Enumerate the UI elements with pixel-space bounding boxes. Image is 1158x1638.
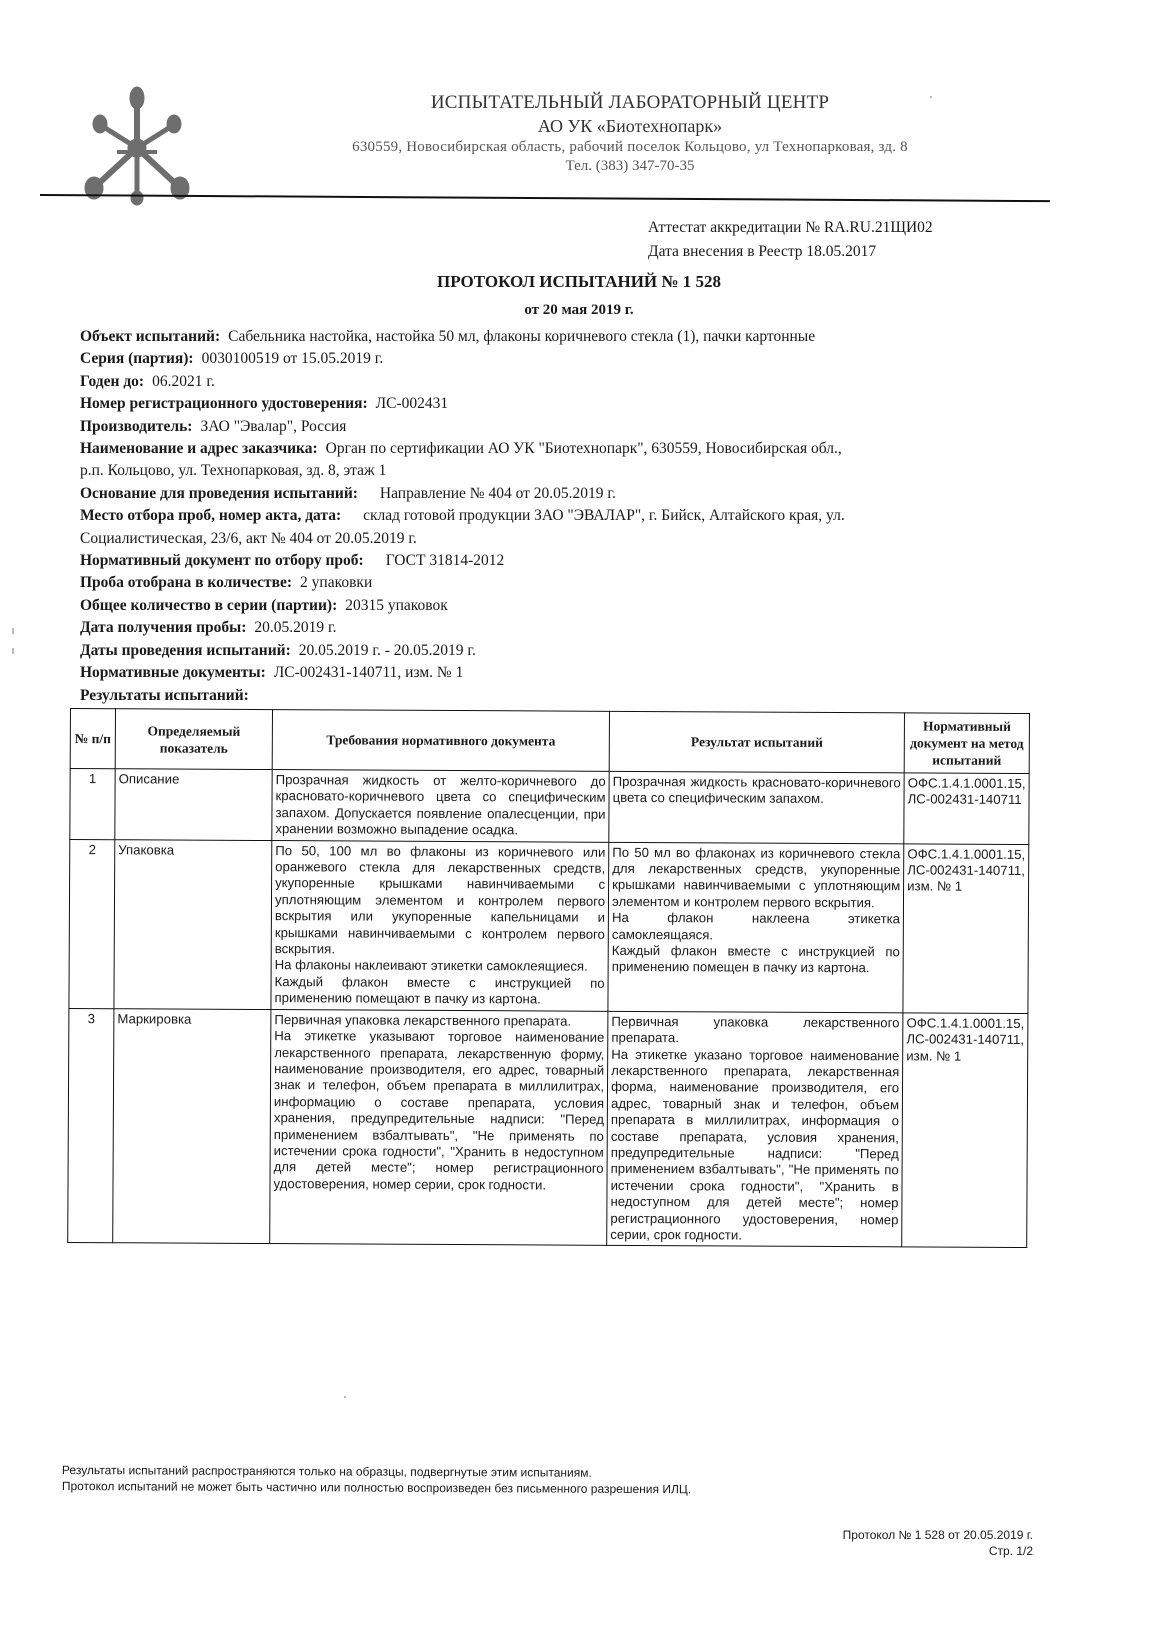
field-label: Результаты испытаний: (80, 687, 249, 704)
field-label: Номер регистрационного удостоверения: (80, 395, 368, 412)
registry-date: Дата внесения в Реестр 18.05.2017 (648, 240, 933, 264)
row-indicator: Маркировка (113, 1008, 271, 1244)
accreditation-certificate: Аттестат аккредитации № RA.RU.21ЩИ02 (648, 216, 933, 240)
field-label: Даты проведения испытаний: (80, 642, 291, 659)
field-value: 20.05.2019 г. (254, 619, 336, 636)
row-requirement: Прозрачная жидкость от желто-коричневого… (272, 770, 609, 842)
result-text: Каждый флакон вместе с инструкцией по пр… (612, 943, 900, 977)
field-label: Проба отобрана в количестве: (80, 574, 292, 591)
field-value: ЛС-002431-140711, изм. № 1 (274, 664, 464, 681)
field-customer-continuation: р.п. Кольцово, ул. Технопарковая, зд. 8,… (80, 460, 1000, 482)
scan-artifact (344, 1396, 346, 1398)
field-label: Производитель: (80, 418, 192, 435)
field-value: Сабельника настойка, настойка 50 мл, фла… (228, 328, 815, 345)
accreditation-block: Аттестат аккредитации № RA.RU.21ЩИ02 Дат… (648, 216, 933, 264)
header-indicator: Определяемый показатель (115, 709, 272, 770)
header-result: Результат испытаний (609, 711, 904, 773)
row-result: Первичная упаковка лекарственного препар… (607, 1011, 903, 1247)
field-label: Основание для проведения испытаний: (80, 485, 358, 502)
field-sampling-place: Место отбора проб, номер акта, дата:скла… (80, 505, 1000, 527)
field-customer: Наименование и адрес заказчика:Орган по … (80, 438, 1000, 460)
header-num: № п/п (70, 709, 115, 769)
results-table: № п/п Определяемый показатель Требования… (67, 708, 1030, 1248)
requirement-text: По 50, 100 мл во флаконы из коричневого … (275, 843, 606, 960)
footer-notes: Результаты испытаний распространяются то… (62, 1462, 691, 1497)
row-indicator: Упаковка (114, 839, 272, 1009)
table-row: 3 Маркировка Первичная упаковка лекарств… (68, 1008, 1028, 1248)
requirement-text: На этикетке указывают торговое наименова… (273, 1028, 604, 1194)
result-text: Первичная упаковка лекарственного препар… (611, 1014, 899, 1048)
protocol-date: от 20 мая 2019 г. (0, 302, 1158, 319)
field-label: Общее количество в серии (партии): (80, 597, 337, 614)
field-value: 20315 упаковок (345, 597, 448, 614)
header-method: Нормативный документ на метод испытаний (904, 713, 1029, 774)
requirement-text: На флаконы наклеивают этикетки самоклеящ… (275, 958, 605, 976)
field-label: Наименование и адрес заказчика: (80, 440, 318, 457)
organization-header: ИСПЫТАТЕЛЬНЫЙ ЛАБОРАТОРНЫЙ ЦЕНТР АО УК «… (260, 92, 1000, 175)
field-label: Годен до: (80, 373, 144, 390)
molecule-star-logo-icon (82, 86, 192, 206)
row-requirement: Первичная упаковка лекарственного препар… (270, 1009, 608, 1245)
protocol-fields: Объект испытаний:Сабельника настойка, на… (80, 326, 1000, 707)
field-value: 20.05.2019 г. - 20.05.2019 г. (299, 642, 476, 659)
org-name: ИСПЫТАТЕЛЬНЫЙ ЛАБОРАТОРНЫЙ ЦЕНТР (260, 92, 1000, 114)
field-value: 06.2021 г. (152, 373, 215, 390)
result-text: На этикетке указано торговое наименовани… (610, 1046, 899, 1244)
row-num: 1 (70, 769, 115, 840)
row-requirement: По 50, 100 мл во флаконы из коричневого … (271, 840, 609, 1011)
table-row: 1 Описание Прозрачная жидкость от желто-… (70, 769, 1029, 845)
field-manufacturer: Производитель:ЗАО "Эвалар", Россия (80, 416, 1000, 438)
field-test-object: Объект испытаний:Сабельника настойка, на… (80, 326, 1000, 348)
scan-artifact (930, 96, 932, 98)
field-label: Нормативный документ по отбору проб: (80, 552, 364, 569)
field-value: ГОСТ 31814-2012 (386, 552, 505, 569)
row-num: 3 (68, 1008, 114, 1243)
row-result: Прозрачная жидкость красновато-коричнево… (609, 771, 904, 843)
footer-protocol-reference: Протокол № 1 528 от 20.05.2019 г. Стр. 1… (843, 1527, 1033, 1559)
result-text: На флакон наклеена этикетка самоклеящаяс… (612, 910, 900, 944)
result-text: Прозрачная жидкость красновато-коричнево… (613, 774, 901, 808)
field-value: Орган по сертификации АО УК "Биотехнопар… (326, 440, 842, 457)
footer-note: Протокол испытаний не может быть частичн… (62, 1478, 691, 1497)
field-expiry: Годен до:06.2021 г. (80, 371, 1000, 393)
field-label: Дата получения пробы: (80, 619, 246, 636)
field-value: Направление № 404 от 20.05.2019 г. (380, 485, 616, 502)
protocol-title: ПРОТОКОЛ ИСПЫТАНИЙ № 1 528 (0, 272, 1158, 292)
requirement-text: Каждый флакон вместе с инструкцией по пр… (274, 974, 604, 1009)
field-value: 2 упаковки (300, 574, 372, 591)
result-text: По 50 мл во флаконах из коричневого стек… (612, 844, 900, 911)
row-method: ОФС.1.4.1.0001.15, ЛС-002431-140711, изм… (903, 843, 1029, 1013)
field-label: Место отбора проб, номер акта, дата: (80, 507, 341, 524)
field-sampling-standard: Нормативный документ по отбору проб:ГОСТ… (80, 550, 1000, 572)
header-requirement: Требования нормативного документа (272, 710, 609, 772)
field-value: ЛС-002431 (376, 395, 449, 412)
row-indicator: Описание (115, 769, 272, 840)
field-value: склад готовой продукции ЗАО "ЭВАЛАР", г.… (363, 507, 845, 524)
row-method: ОФС.1.4.1.0001.15, ЛС-002431-140711, изм… (902, 1013, 1028, 1248)
field-batch-total: Общее количество в серии (партии):20315 … (80, 595, 1000, 617)
field-registration-number: Номер регистрационного удостоверения:ЛС-… (80, 393, 1000, 415)
field-label: Объект испытаний: (80, 328, 220, 345)
row-result: По 50 мл во флаконах из коричневого стек… (608, 842, 904, 1013)
page-number: Стр. 1/2 (843, 1543, 1033, 1559)
field-test-dates: Даты проведения испытаний:20.05.2019 г. … (80, 640, 1000, 662)
scan-artifact (12, 628, 14, 634)
field-label: Серия (партия): (80, 350, 194, 367)
field-sample-quantity: Проба отобрана в количестве:2 упаковки (80, 572, 1000, 594)
requirement-text: Прозрачная жидкость от желто-коричневого… (275, 772, 605, 839)
field-results-heading: Результаты испытаний: (80, 685, 1000, 707)
field-value: ЗАО "Эвалар", Россия (200, 418, 346, 435)
field-value: 0030100519 от 15.05.2019 г. (202, 350, 384, 367)
field-label: Нормативные документы: (80, 664, 266, 681)
org-subtitle: АО УК «Биотехнопарк» (260, 116, 1000, 137)
table-row: 2 Упаковка По 50, 100 мл во флаконы из к… (69, 839, 1029, 1013)
requirement-text: Первичная упаковка лекарственного препар… (274, 1012, 604, 1030)
protocol-reference: Протокол № 1 528 от 20.05.2019 г. (843, 1527, 1033, 1543)
table-header-row: № п/п Определяемый показатель Требования… (70, 709, 1029, 774)
org-address: 630559, Новосибирская область, рабочий п… (260, 139, 1000, 156)
field-normative-docs: Нормативные документы:ЛС-002431-140711, … (80, 662, 1000, 684)
scan-artifact (12, 648, 14, 654)
row-method: ОФС.1.4.1.0001.15, ЛС-002431-140711 (904, 773, 1029, 844)
org-phone: Тел. (383) 347-70-35 (260, 158, 1000, 175)
field-batch: Серия (партия):0030100519 от 15.05.2019 … (80, 348, 1000, 370)
row-num: 2 (69, 839, 115, 1008)
field-sample-received: Дата получения пробы:20.05.2019 г. (80, 617, 1000, 639)
field-test-basis: Основание для проведения испытаний:Напра… (80, 483, 1000, 505)
field-sampling-place-continuation: Социалистическая, 23/6, акт № 404 от 20.… (80, 528, 1000, 550)
